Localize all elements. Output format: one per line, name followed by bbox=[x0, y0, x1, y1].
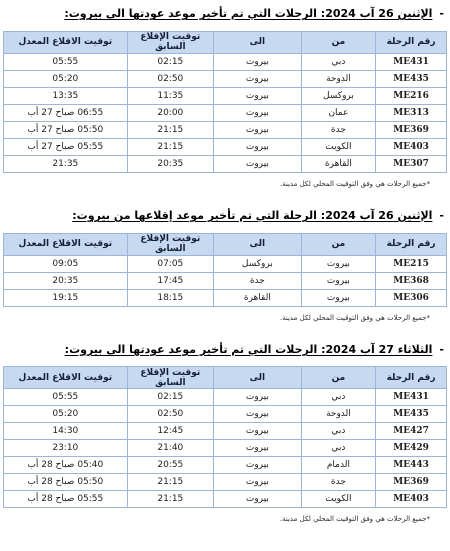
revised-time-cell: 21:35 bbox=[4, 155, 128, 172]
previous-time-cell: 02:15 bbox=[127, 53, 213, 70]
header-flight-number: رقم الرحلة bbox=[376, 31, 447, 53]
previous-time-cell: 21:15 bbox=[127, 138, 213, 155]
revised-time-cell: 14:30 bbox=[4, 423, 128, 440]
table-row: ME307القاهرةبيروت20:3521:35 bbox=[4, 155, 447, 172]
header-flight-number: رقم الرحلة bbox=[376, 233, 447, 255]
header-revised-departure-time: توقيت الاقلاع المعدل bbox=[4, 233, 128, 255]
table-header-row: رقم الرحلة من الى توقيت الإقلاع السابق ت… bbox=[4, 367, 447, 389]
destination-cell: بيروت bbox=[214, 53, 302, 70]
destination-cell: بيروت bbox=[214, 87, 302, 104]
flight-number-cell: ME369 bbox=[376, 474, 447, 491]
origin-cell: عمان bbox=[301, 104, 375, 121]
flight-number-cell: ME307 bbox=[376, 155, 447, 172]
flight-number-cell: ME431 bbox=[376, 53, 447, 70]
flight-number-cell: ME306 bbox=[376, 289, 447, 306]
header-to: الى bbox=[214, 31, 302, 53]
destination-cell: بيروت bbox=[214, 104, 302, 121]
revised-time-cell: 05:50 صباح 27 أب bbox=[4, 121, 128, 138]
revised-time-cell: 05:40 صباح 28 أب bbox=[4, 457, 128, 474]
header-previous-departure-time: توقيت الإقلاع السابق bbox=[127, 31, 213, 53]
table-row: ME431دبيبيروت02:1505:55 bbox=[4, 53, 447, 70]
origin-cell: جدة bbox=[301, 121, 375, 138]
table-row: ME369جدةبيروت21:1505:50 صباح 27 أب bbox=[4, 121, 447, 138]
origin-cell: دبي bbox=[301, 389, 375, 406]
previous-time-cell: 07:05 bbox=[127, 255, 213, 272]
table-row: ME443الدمامبيروت20:5505:40 صباح 28 أب bbox=[4, 457, 447, 474]
revised-time-cell: 05:55 bbox=[4, 389, 128, 406]
section-title-text: الإثنين 26 آب 2024: الرحلات التي تم تأخي… bbox=[64, 7, 432, 20]
previous-time-cell: 21:15 bbox=[127, 491, 213, 508]
flight-number-cell: ME435 bbox=[376, 70, 447, 87]
flight-delay-notice-page: -الإثنين 26 آب 2024: الرحلات التي تم تأخ… bbox=[0, 0, 450, 525]
destination-cell: بيروت bbox=[214, 474, 302, 491]
revised-time-cell: 13:35 bbox=[4, 87, 128, 104]
flight-number-cell: ME216 bbox=[376, 87, 447, 104]
table-body: ME431دبيبيروت02:1505:55ME435الدوحةبيروت0… bbox=[4, 389, 447, 508]
table-row: ME368بيروتجدة17:4520:35 bbox=[4, 272, 447, 289]
revised-time-cell: 20:35 bbox=[4, 272, 128, 289]
previous-time-cell: 02:50 bbox=[127, 70, 213, 87]
previous-time-cell: 21:15 bbox=[127, 474, 213, 491]
origin-cell: القاهرة bbox=[301, 155, 375, 172]
previous-time-cell: 20:55 bbox=[127, 457, 213, 474]
origin-cell: الدمام bbox=[301, 457, 375, 474]
flight-number-cell: ME369 bbox=[376, 121, 447, 138]
origin-cell: بيروت bbox=[301, 255, 375, 272]
origin-cell: الكويت bbox=[301, 491, 375, 508]
flights-table-monday-returns: رقم الرحلة من الى توقيت الإقلاع السابق ت… bbox=[3, 31, 447, 173]
origin-cell: الدوحة bbox=[301, 70, 375, 87]
table-row: ME403الكويتبيروت21:1505:55 صباح 27 أب bbox=[4, 138, 447, 155]
destination-cell: بيروت bbox=[214, 406, 302, 423]
destination-cell: بيروت bbox=[214, 423, 302, 440]
header-previous-departure-time: توقيت الإقلاع السابق bbox=[127, 367, 213, 389]
origin-cell: بيروت bbox=[301, 272, 375, 289]
table-row: ME435الدوحةبيروت02:5005:20 bbox=[4, 70, 447, 87]
destination-cell: بيروت bbox=[214, 389, 302, 406]
footnote: *جميع الرحلات هي وفق التوقيت المحلي لكل … bbox=[3, 314, 430, 323]
destination-cell: بيروت bbox=[214, 70, 302, 87]
flight-number-cell: ME435 bbox=[376, 406, 447, 423]
header-revised-departure-time: توقيت الاقلاع المعدل bbox=[4, 31, 128, 53]
revised-time-cell: 06:55 صباح 27 أب bbox=[4, 104, 128, 121]
previous-time-cell: 20:00 bbox=[127, 104, 213, 121]
table-row: ME306بيروتالقاهرة18:1519:15 bbox=[4, 289, 447, 306]
previous-time-cell: 17:45 bbox=[127, 272, 213, 289]
section-title-monday-departures: -الإثنين 26 آب 2024: الرحلة التي تم تأخي… bbox=[3, 209, 444, 223]
destination-cell: بيروت bbox=[214, 138, 302, 155]
header-flight-number: رقم الرحلة bbox=[376, 367, 447, 389]
table-row: ME369جدةبيروت21:1505:50 صباح 28 أب bbox=[4, 474, 447, 491]
section-title-text: الثلاثاء 27 آب 2024: الرحلات التي تم تأخ… bbox=[65, 343, 433, 356]
origin-cell: دبي bbox=[301, 53, 375, 70]
previous-time-cell: 12:45 bbox=[127, 423, 213, 440]
flight-number-cell: ME368 bbox=[376, 272, 447, 289]
destination-cell: القاهرة bbox=[214, 289, 302, 306]
destination-cell: بروكسل bbox=[214, 255, 302, 272]
table-row: ME435الدوحةبيروت02:5005:20 bbox=[4, 406, 447, 423]
origin-cell: دبي bbox=[301, 440, 375, 457]
origin-cell: جدة bbox=[301, 474, 375, 491]
previous-time-cell: 02:15 bbox=[127, 389, 213, 406]
header-from: من bbox=[301, 233, 375, 255]
revised-time-cell: 05:55 صباح 28 أب bbox=[4, 491, 128, 508]
revised-time-cell: 05:50 صباح 28 أب bbox=[4, 474, 128, 491]
list-dash: - bbox=[439, 343, 444, 356]
revised-time-cell: 05:20 bbox=[4, 70, 128, 87]
flight-number-cell: ME443 bbox=[376, 457, 447, 474]
flight-number-cell: ME313 bbox=[376, 104, 447, 121]
header-from: من bbox=[301, 367, 375, 389]
revised-time-cell: 05:55 bbox=[4, 53, 128, 70]
table-body: ME215بيروتبروكسل07:0509:05ME368بيروتجدة1… bbox=[4, 255, 447, 306]
revised-time-cell: 23:10 bbox=[4, 440, 128, 457]
revised-time-cell: 09:05 bbox=[4, 255, 128, 272]
list-dash: - bbox=[439, 209, 444, 222]
flight-number-cell: ME403 bbox=[376, 138, 447, 155]
destination-cell: بيروت bbox=[214, 440, 302, 457]
table-row: ME216بروكسلبيروت11:3513:35 bbox=[4, 87, 447, 104]
destination-cell: بيروت bbox=[214, 155, 302, 172]
flight-number-cell: ME431 bbox=[376, 389, 447, 406]
origin-cell: بروكسل bbox=[301, 87, 375, 104]
revised-time-cell: 19:15 bbox=[4, 289, 128, 306]
origin-cell: الكويت bbox=[301, 138, 375, 155]
previous-time-cell: 18:15 bbox=[127, 289, 213, 306]
footnote: *جميع الرحلات هي وفق التوقيت المحلي لكل … bbox=[3, 180, 430, 189]
section-title-monday-returns: -الإثنين 26 آب 2024: الرحلات التي تم تأخ… bbox=[3, 7, 444, 21]
table-row: ME215بيروتبروكسل07:0509:05 bbox=[4, 255, 447, 272]
flight-number-cell: ME427 bbox=[376, 423, 447, 440]
section-title-tuesday-returns: -الثلاثاء 27 آب 2024: الرحلات التي تم تأ… bbox=[3, 343, 444, 357]
destination-cell: بيروت bbox=[214, 121, 302, 138]
table-row: ME431دبيبيروت02:1505:55 bbox=[4, 389, 447, 406]
header-to: الى bbox=[214, 233, 302, 255]
destination-cell: بيروت bbox=[214, 491, 302, 508]
destination-cell: جدة bbox=[214, 272, 302, 289]
section-title-text: الإثنين 26 آب 2024: الرحلة التي تم تأخير… bbox=[72, 209, 432, 222]
header-previous-departure-time: توقيت الإقلاع السابق bbox=[127, 233, 213, 255]
header-to: الى bbox=[214, 367, 302, 389]
table-row: ME313عمانبيروت20:0006:55 صباح 27 أب bbox=[4, 104, 447, 121]
revised-time-cell: 05:55 صباح 27 أب bbox=[4, 138, 128, 155]
previous-time-cell: 21:40 bbox=[127, 440, 213, 457]
table-header-row: رقم الرحلة من الى توقيت الإقلاع السابق ت… bbox=[4, 233, 447, 255]
previous-time-cell: 02:50 bbox=[127, 406, 213, 423]
origin-cell: الدوحة bbox=[301, 406, 375, 423]
table-header-row: رقم الرحلة من الى توقيت الإقلاع السابق ت… bbox=[4, 31, 447, 53]
flight-number-cell: ME403 bbox=[376, 491, 447, 508]
list-dash: - bbox=[439, 7, 444, 20]
previous-time-cell: 20:35 bbox=[127, 155, 213, 172]
previous-time-cell: 11:35 bbox=[127, 87, 213, 104]
table-row: ME403الكويتبيروت21:1505:55 صباح 28 أب bbox=[4, 491, 447, 508]
flights-table-tuesday-returns: رقم الرحلة من الى توقيت الإقلاع السابق ت… bbox=[3, 366, 447, 508]
destination-cell: بيروت bbox=[214, 457, 302, 474]
flight-number-cell: ME429 bbox=[376, 440, 447, 457]
header-revised-departure-time: توقيت الاقلاع المعدل bbox=[4, 367, 128, 389]
previous-time-cell: 21:15 bbox=[127, 121, 213, 138]
table-row: ME429دبيبيروت21:4023:10 bbox=[4, 440, 447, 457]
revised-time-cell: 05:20 bbox=[4, 406, 128, 423]
flights-table-monday-departures: رقم الرحلة من الى توقيت الإقلاع السابق ت… bbox=[3, 233, 447, 307]
origin-cell: بيروت bbox=[301, 289, 375, 306]
table-body: ME431دبيبيروت02:1505:55ME435الدوحةبيروت0… bbox=[4, 53, 447, 172]
origin-cell: دبي bbox=[301, 423, 375, 440]
header-from: من bbox=[301, 31, 375, 53]
table-row: ME427دبيبيروت12:4514:30 bbox=[4, 423, 447, 440]
footnote: *جميع الرحلات هي وفق التوقيت المحلي لكل … bbox=[3, 515, 430, 524]
flight-number-cell: ME215 bbox=[376, 255, 447, 272]
